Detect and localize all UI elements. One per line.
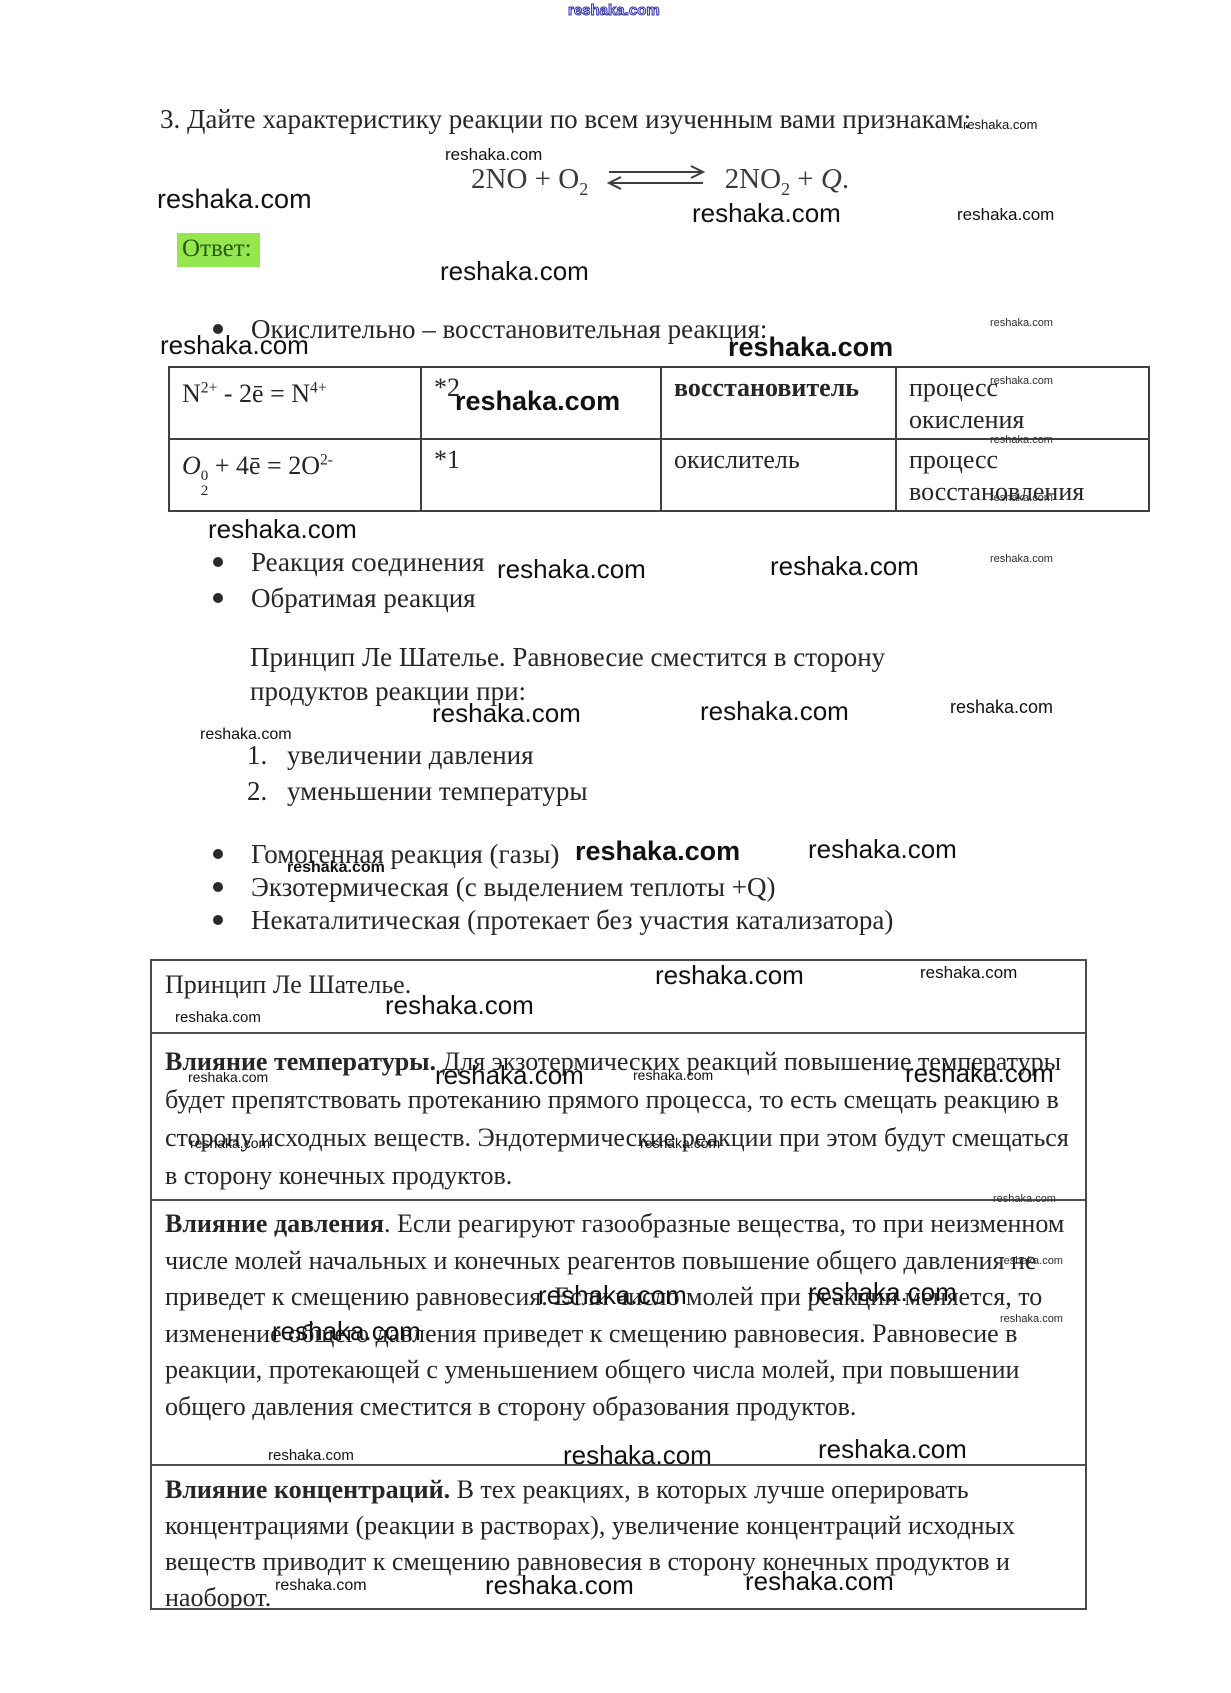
item-label: уменьшении температуры	[287, 776, 588, 806]
item-number: 1.	[247, 740, 287, 771]
watermark-text: reshaka.com	[497, 556, 646, 582]
section-body: . Если реагируют газообразные вещества, …	[165, 1209, 1064, 1421]
watermark-text: reshaka.com	[157, 186, 312, 213]
watermark-text: reshaka.com	[568, 3, 660, 18]
list-item-label: Обратимая реакция	[251, 582, 476, 614]
watermark-text: reshaka.com	[957, 206, 1054, 223]
equation-left-subscript: 2	[579, 179, 588, 199]
bullet-icon	[213, 557, 223, 567]
multiplier-cell: *1	[421, 439, 661, 511]
watermark-text: reshaka.com	[208, 516, 357, 542]
section-lead: Влияние концентраций.	[165, 1475, 450, 1504]
item-label: увеличении давления	[287, 740, 534, 770]
watermark-text: reshaka.com	[272, 1318, 421, 1344]
bullet-icon	[213, 915, 223, 925]
document-page: { "watermark": { "label": "reshaka.com" …	[0, 0, 1231, 1693]
watermark-text: reshaka.com	[905, 1060, 1054, 1086]
numbered-item-temperature: 2.уменьшении температуры	[247, 776, 588, 807]
watermark-text: reshaka.com	[745, 1568, 894, 1594]
watermark-text: reshaka.com	[175, 1010, 261, 1025]
half-reaction-nitrogen: N2+ - 2ē = N4+	[169, 367, 421, 439]
watermark-text: reshaka.com	[818, 1436, 967, 1462]
list-item-label: Некаталитическая (протекает без участия …	[251, 904, 893, 936]
watermark-text: reshaka.com	[990, 318, 1053, 329]
watermark-text: reshaka.com	[963, 118, 1037, 131]
watermark-text: reshaka.com	[808, 836, 957, 862]
role-cell-reducer: восстановитель	[661, 367, 896, 439]
watermark-text: reshaka.com	[432, 700, 581, 726]
watermark-text: reshaka.com	[455, 388, 620, 415]
watermark-text: reshaka.com	[435, 1062, 584, 1088]
watermark-text: reshaka.com	[990, 376, 1053, 387]
equation-heat-q: Q	[821, 163, 842, 195]
answer-label: Ответ:	[177, 233, 260, 267]
half-reaction-oxygen: O02 + 4ē = 2O2-	[169, 439, 421, 511]
watermark-text: reshaka.com	[575, 838, 740, 865]
watermark-text: reshaka.com	[268, 1448, 354, 1463]
watermark-text: reshaka.com	[990, 493, 1053, 504]
watermark-text: reshaka.com	[990, 435, 1053, 446]
watermark-text: reshaka.com	[275, 1578, 367, 1594]
equation-plus: +	[790, 163, 821, 195]
watermark-text: reshaka.com	[485, 1572, 634, 1598]
watermark-text: reshaka.com	[920, 964, 1017, 981]
list-item-label: Окислительно – восстановительная реакция…	[251, 313, 767, 345]
watermark-text: reshaka.com	[655, 962, 804, 988]
list-item-noncatalytic: Некаталитическая (протекает без участия …	[213, 904, 893, 936]
watermark-text: reshaka.com	[1000, 1314, 1063, 1325]
watermark-text: reshaka.com	[160, 332, 309, 358]
watermark-text: reshaka.com	[770, 553, 919, 579]
watermark-text: reshaka.com	[440, 258, 589, 284]
bullet-icon	[213, 593, 223, 603]
watermark-text: reshaka.com	[287, 860, 385, 876]
equation-right-subscript: 2	[781, 179, 790, 199]
watermark-text: reshaka.com	[200, 727, 292, 743]
chemical-equation: 2NO + O2 2NO2 + Q.	[471, 163, 849, 200]
watermark-text: reshaka.com	[190, 1136, 270, 1150]
bullet-icon	[213, 882, 223, 892]
list-item-reversible: Обратимая реакция	[213, 582, 476, 614]
list-item-homogeneous: Гомогенная реакция (газы)	[213, 838, 559, 870]
role-cell-oxidizer: окислитель	[661, 439, 896, 511]
watermark-text: reshaka.com	[633, 1068, 713, 1082]
list-item-label: Реакция соединения	[251, 546, 485, 578]
equilibrium-arrows-icon	[603, 164, 709, 198]
watermark-text: reshaka.com	[445, 146, 542, 163]
bullet-icon	[213, 849, 223, 859]
equation-left: 2NO + O	[471, 163, 579, 195]
watermark-text: reshaka.com	[990, 554, 1053, 565]
watermark-text: reshaka.com	[700, 698, 849, 724]
watermark-text: reshaka.com	[808, 1279, 957, 1305]
list-item-combination: Реакция соединения	[213, 546, 485, 578]
watermark-text: reshaka.com	[728, 334, 893, 361]
watermark-text: reshaka.com	[640, 1136, 720, 1150]
section-lead: Влияние давления	[165, 1209, 384, 1238]
watermark-text: reshaka.com	[563, 1442, 712, 1468]
equation-period: .	[842, 163, 849, 195]
watermark-text: reshaka.com	[950, 698, 1053, 716]
item-number: 2.	[247, 776, 287, 807]
numbered-item-pressure: 1.увеличении давления	[247, 740, 534, 771]
watermark-text: reshaka.com	[385, 992, 534, 1018]
task-title: 3. Дайте характеристику реакции по всем …	[160, 104, 971, 135]
watermark-text: reshaka.com	[692, 200, 841, 226]
watermark-text: reshaka.com	[1000, 1256, 1063, 1267]
watermark-text: reshaka.com	[538, 1282, 687, 1308]
lechatelier-paragraph: Принцип Ле Шателье. Равновесие сместится…	[250, 640, 1000, 708]
equation-right: 2NO	[725, 163, 781, 195]
watermark-text: reshaka.com	[993, 1194, 1056, 1205]
watermark-text: reshaka.com	[188, 1070, 268, 1084]
